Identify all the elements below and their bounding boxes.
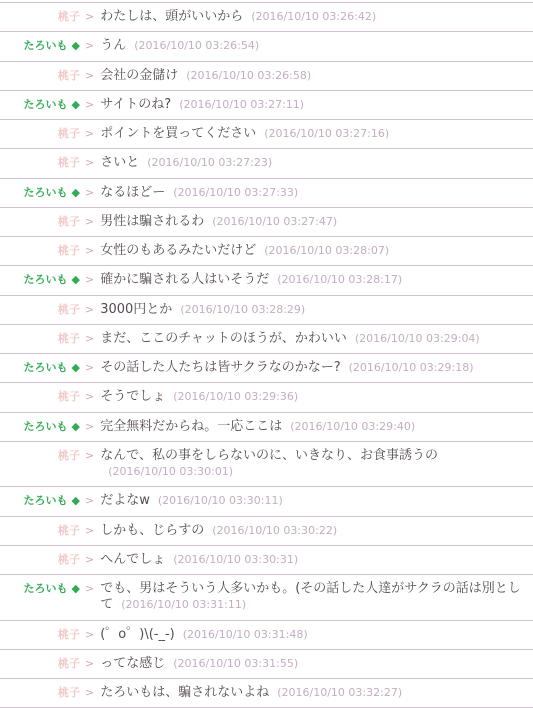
gt-separator-icon: >: [85, 449, 94, 462]
chat-row: たろいも◆ > サイトのね?(2016/10/10 03:27:11): [0, 91, 533, 120]
chat-row: 桃子 > 女性のもあるみたいだけど(2016/10/10 03:28:07): [0, 237, 533, 266]
message-text: 女性のもあるみたいだけど: [100, 243, 256, 258]
message-text: そうでしょ: [100, 389, 165, 404]
message-cell: まだ、ここのチャットのほうが、かわいい(2016/10/10 03:29:04): [100, 331, 529, 347]
chat-row: 桃子 > わたしは、頭がいいから(2016/10/10 03:26:42): [0, 3, 533, 32]
gt-separator-icon: >: [85, 686, 94, 699]
diamond-icon: ◆: [72, 186, 80, 199]
message-cell: でも、男はそういう人多いかも。(その話した人達がサクラの話は別として(2016/…: [100, 581, 529, 614]
chat-row: 桃子 > 会社の金儲け(2016/10/10 03:26:58): [0, 62, 533, 91]
gt-separator-icon: >: [85, 10, 94, 23]
sender-name: 桃子: [58, 553, 80, 566]
sender-name: 桃子: [58, 628, 80, 641]
chat-row: 桃子 > (゜o゜)\(-_-)(2016/10/10 03:31:48): [0, 621, 533, 650]
chat-row: 桃子 > へんでしょ(2016/10/10 03:30:31): [0, 546, 533, 575]
gt-separator-icon: >: [85, 524, 94, 537]
message-cell: うん(2016/10/10 03:26:54): [100, 38, 529, 54]
sender-name-cell: 桃子: [0, 447, 80, 463]
gt-separator-icon: >: [85, 303, 94, 316]
gt-separator-icon: >: [85, 657, 94, 670]
message-text: 3000円とか: [100, 302, 172, 317]
message-cell: その話した人たちは皆サクラなのかなー?(2016/10/10 03:29:18): [100, 360, 529, 376]
timestamp: (2016/10/10 03:28:07): [264, 244, 389, 258]
message-text: その話した人たちは皆サクラなのかなー?: [100, 360, 340, 375]
timestamp: (2016/10/10 03:28:17): [277, 273, 402, 287]
diamond-icon: ◆: [72, 273, 80, 286]
gt-separator-icon: >: [85, 156, 94, 169]
chat-row: 桃子 > たろいもは、騙されないよね(2016/10/10 03:32:27): [0, 679, 533, 708]
chat-row: 桃子 > そうでしょ(2016/10/10 03:29:36): [0, 383, 533, 412]
timestamp: (2016/10/10 03:26:58): [186, 69, 311, 83]
sender-name: 桃子: [58, 390, 80, 403]
timestamp: (2016/10/10 03:31:55): [173, 657, 298, 671]
sender-name-cell: たろいも◆: [0, 96, 80, 112]
sender-name-cell: 桃子: [0, 626, 80, 642]
gt-separator-icon: >: [85, 127, 94, 140]
message-cell: 女性のもあるみたいだけど(2016/10/10 03:28:07): [100, 243, 529, 259]
sender-name: たろいも: [24, 186, 68, 199]
sender-name: たろいも: [24, 273, 68, 286]
sender-name-cell: たろいも◆: [0, 492, 80, 508]
message-cell: 3000円とか(2016/10/10 03:28:29): [100, 302, 529, 318]
message-text: 完全無料だからね。一応ここは: [100, 419, 282, 434]
message-cell: しかも、じらすの(2016/10/10 03:30:22): [100, 523, 529, 539]
message-cell: だよなw(2016/10/10 03:30:11): [100, 493, 529, 509]
diamond-icon: ◆: [72, 361, 80, 374]
gt-separator-icon: >: [85, 244, 94, 257]
sender-name-cell: 桃子: [0, 301, 80, 317]
gt-separator-icon: >: [85, 215, 94, 228]
sender-name-cell: 桃子: [0, 522, 80, 538]
sender-name-cell: たろいも◆: [0, 418, 80, 434]
chat-row: 桃子 > まだ、ここのチャットのほうが、かわいい(2016/10/10 03:2…: [0, 325, 533, 354]
gt-separator-icon: >: [85, 390, 94, 403]
message-text: サイトのね?: [100, 97, 171, 112]
chat-log: 桃子 > わたしは、頭がいいから(2016/10/10 03:26:42) たろ…: [0, 2, 533, 708]
message-text: ポイントを買ってください: [100, 126, 256, 141]
sender-name: 桃子: [58, 156, 80, 169]
message-cell: なるほどー(2016/10/10 03:27:33): [100, 185, 529, 201]
sender-name: 桃子: [58, 215, 80, 228]
sender-name-cell: たろいも◆: [0, 359, 80, 375]
message-text: 男性は騙されるわ: [100, 214, 204, 229]
gt-separator-icon: >: [85, 494, 94, 507]
sender-name: 桃子: [58, 10, 80, 23]
sender-name-cell: 桃子: [0, 655, 80, 671]
sender-name-cell: 桃子: [0, 242, 80, 258]
timestamp: (2016/10/10 03:27:16): [264, 127, 389, 141]
message-cell: ってな感じ(2016/10/10 03:31:55): [100, 656, 529, 672]
timestamp: (2016/10/10 03:31:48): [183, 628, 308, 642]
timestamp: (2016/10/10 03:26:42): [251, 10, 376, 24]
timestamp: (2016/10/10 03:29:04): [355, 332, 480, 346]
sender-name-cell: 桃子: [0, 67, 80, 83]
sender-name-cell: 桃子: [0, 213, 80, 229]
message-cell: ポイントを買ってください(2016/10/10 03:27:16): [100, 126, 529, 142]
sender-name: 桃子: [58, 332, 80, 345]
sender-name-cell: たろいも◆: [0, 271, 80, 287]
message-cell: たろいもは、騙されないよね(2016/10/10 03:32:27): [100, 685, 529, 701]
gt-separator-icon: >: [85, 420, 94, 433]
sender-name-cell: 桃子: [0, 154, 80, 170]
sender-name-cell: 桃子: [0, 330, 80, 346]
gt-separator-icon: >: [85, 273, 94, 286]
timestamp: (2016/10/10 03:26:54): [134, 39, 259, 53]
message-text: わたしは、頭がいいから: [100, 9, 243, 24]
timestamp: (2016/10/10 03:29:18): [349, 361, 474, 375]
gt-separator-icon: >: [85, 186, 94, 199]
chat-row: たろいも◆ > 完全無料だからね。一応ここは(2016/10/10 03:29:…: [0, 413, 533, 442]
message-cell: わたしは、頭がいいから(2016/10/10 03:26:42): [100, 9, 529, 25]
sender-name: たろいも: [24, 98, 68, 111]
sender-name: 桃子: [58, 244, 80, 257]
message-cell: なんで、私の事をしらないのに、いきなり、お食事誘うの(2016/10/10 03…: [100, 448, 529, 481]
message-cell: サイトのね?(2016/10/10 03:27:11): [100, 97, 529, 113]
timestamp: (2016/10/10 03:27:11): [179, 98, 304, 112]
message-cell: へんでしょ(2016/10/10 03:30:31): [100, 552, 529, 568]
chat-row: 桃子 > しかも、じらすの(2016/10/10 03:30:22): [0, 517, 533, 546]
timestamp: (2016/10/10 03:28:29): [180, 303, 305, 317]
sender-name: 桃子: [58, 127, 80, 140]
gt-separator-icon: >: [85, 582, 94, 595]
sender-name: 桃子: [58, 303, 80, 316]
message-text: さいと: [100, 155, 139, 170]
chat-row: 桃子 > さいと(2016/10/10 03:27:23): [0, 149, 533, 178]
timestamp: (2016/10/10 03:27:33): [173, 186, 298, 200]
diamond-icon: ◆: [72, 420, 80, 433]
message-cell: (゜o゜)\(-_-)(2016/10/10 03:31:48): [100, 627, 529, 643]
sender-name: 桃子: [58, 524, 80, 537]
diamond-icon: ◆: [72, 39, 80, 52]
sender-name-cell: 桃子: [0, 125, 80, 141]
sender-name-cell: 桃子: [0, 551, 80, 567]
chat-row: 桃子 > 3000円とか(2016/10/10 03:28:29): [0, 296, 533, 325]
message-text: へんでしょ: [100, 552, 165, 567]
sender-name: 桃子: [58, 686, 80, 699]
sender-name: たろいも: [24, 494, 68, 507]
message-cell: 確かに騙される人はいそうだ(2016/10/10 03:28:17): [100, 272, 529, 288]
message-text: (゜o゜)\(-_-): [100, 627, 175, 642]
message-text: 確かに騙される人はいそうだ: [100, 272, 269, 287]
gt-separator-icon: >: [85, 361, 94, 374]
message-text: だよなw: [100, 493, 150, 508]
gt-separator-icon: >: [85, 332, 94, 345]
sender-name: 桃子: [58, 449, 80, 462]
message-cell: 完全無料だからね。一応ここは(2016/10/10 03:29:40): [100, 419, 529, 435]
message-text: まだ、ここのチャットのほうが、かわいい: [100, 331, 347, 346]
sender-name-cell: たろいも◆: [0, 37, 80, 53]
timestamp: (2016/10/10 03:31:11): [121, 598, 246, 612]
timestamp: (2016/10/10 03:30:01): [108, 465, 233, 479]
gt-separator-icon: >: [85, 69, 94, 82]
message-cell: さいと(2016/10/10 03:27:23): [100, 155, 529, 171]
timestamp: (2016/10/10 03:30:31): [173, 553, 298, 567]
message-text: たろいもは、騙されないよね: [100, 685, 269, 700]
message-text: なるほどー: [100, 185, 165, 200]
message-cell: そうでしょ(2016/10/10 03:29:36): [100, 389, 529, 405]
sender-name: たろいも: [24, 39, 68, 52]
chat-row: たろいも◆ > 確かに騙される人はいそうだ(2016/10/10 03:28:1…: [0, 266, 533, 295]
chat-row: たろいも◆ > その話した人たちは皆サクラなのかなー?(2016/10/10 0…: [0, 354, 533, 383]
sender-name: たろいも: [24, 420, 68, 433]
chat-row: たろいも◆ > なるほどー(2016/10/10 03:27:33): [0, 179, 533, 208]
message-cell: 会社の金儲け(2016/10/10 03:26:58): [100, 68, 529, 84]
chat-row: たろいも◆ > うん(2016/10/10 03:26:54): [0, 32, 533, 61]
gt-separator-icon: >: [85, 628, 94, 641]
sender-name-cell: たろいも◆: [0, 184, 80, 200]
sender-name-cell: 桃子: [0, 684, 80, 700]
message-cell: 男性は騙されるわ(2016/10/10 03:27:47): [100, 214, 529, 230]
sender-name-cell: 桃子: [0, 8, 80, 24]
message-text: なんで、私の事をしらないのに、いきなり、お食事誘うの: [100, 448, 438, 463]
timestamp: (2016/10/10 03:30:11): [158, 494, 283, 508]
timestamp: (2016/10/10 03:29:40): [290, 420, 415, 434]
message-text: ってな感じ: [100, 656, 165, 671]
sender-name-cell: 桃子: [0, 388, 80, 404]
chat-row: 桃子 > 男性は騙されるわ(2016/10/10 03:27:47): [0, 208, 533, 237]
sender-name: たろいも: [24, 361, 68, 374]
message-text: しかも、じらすの: [100, 523, 204, 538]
chat-row: たろいも◆ > だよなw(2016/10/10 03:30:11): [0, 487, 533, 516]
gt-separator-icon: >: [85, 39, 94, 52]
timestamp: (2016/10/10 03:29:36): [173, 390, 298, 404]
chat-row: 桃子 > ポイントを買ってください(2016/10/10 03:27:16): [0, 120, 533, 149]
gt-separator-icon: >: [85, 98, 94, 111]
sender-name: 桃子: [58, 69, 80, 82]
chat-row: たろいも◆ > でも、男はそういう人多いかも。(その話した人達がサクラの話は別と…: [0, 575, 533, 621]
gt-separator-icon: >: [85, 553, 94, 566]
timestamp: (2016/10/10 03:30:22): [212, 524, 337, 538]
timestamp: (2016/10/10 03:27:23): [147, 156, 272, 170]
diamond-icon: ◆: [72, 494, 80, 507]
chat-row: 桃子 > なんで、私の事をしらないのに、いきなり、お食事誘うの(2016/10/…: [0, 442, 533, 488]
sender-name: 桃子: [58, 657, 80, 670]
timestamp: (2016/10/10 03:32:27): [277, 686, 402, 700]
diamond-icon: ◆: [72, 98, 80, 111]
message-text: うん: [100, 38, 126, 53]
sender-name: たろいも: [24, 582, 68, 595]
timestamp: (2016/10/10 03:27:47): [212, 215, 337, 229]
message-text: 会社の金儲け: [100, 68, 178, 83]
diamond-icon: ◆: [72, 582, 80, 595]
sender-name-cell: たろいも◆: [0, 580, 80, 596]
chat-row: 桃子 > ってな感じ(2016/10/10 03:31:55): [0, 650, 533, 679]
